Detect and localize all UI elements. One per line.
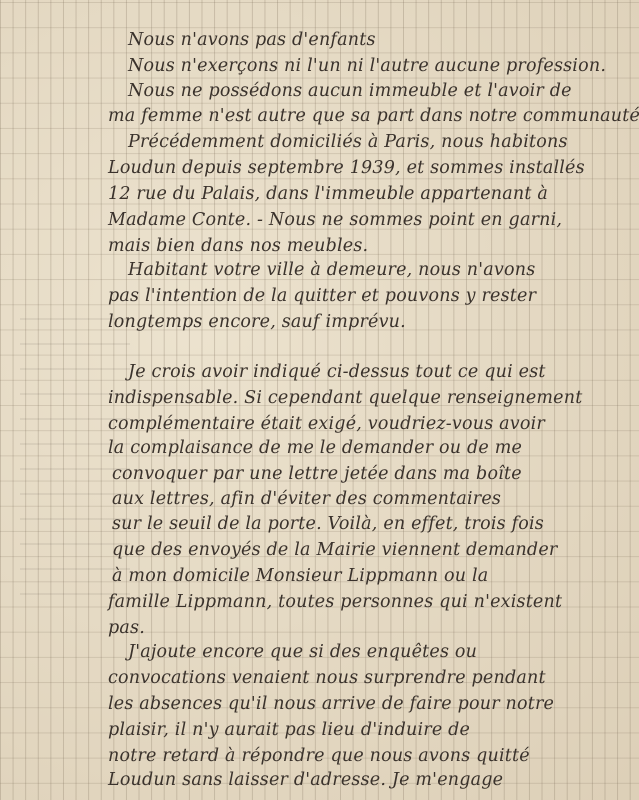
handwritten-line: indispensable. Si cependant quelque rens… <box>108 390 582 408</box>
handwritten-line: Je crois avoir indiqué ci-dessus tout ce… <box>128 364 546 382</box>
handwritten-line: convocations venaient nous surprendre pe… <box>108 670 546 688</box>
handwritten-line: à mon domicile Monsieur Lippmann ou la <box>112 568 488 586</box>
handwritten-line: convoquer par une lettre jetée dans ma b… <box>112 466 522 484</box>
handwritten-line: complémentaire était exigé, voudriez-vou… <box>108 416 545 434</box>
handwritten-line: longtemps encore, sauf imprévu. <box>108 314 406 332</box>
handwritten-line: la complaisance de me le demander ou de … <box>108 440 522 458</box>
handwritten-line: Loudun sans laisser d'adresse. Je m'enga… <box>108 772 503 790</box>
handwritten-line: ma femme n'est autre que sa part dans no… <box>108 108 639 126</box>
handwritten-line: plaisir, il n'y aurait pas lieu d'induir… <box>108 722 470 740</box>
handwritten-line: mais bien dans nos meubles. <box>108 238 368 256</box>
handwritten-line: aux lettres, afin d'éviter des commentai… <box>112 491 501 509</box>
handwritten-line: sur le seuil de la porte. Voilà, en effe… <box>112 516 544 534</box>
handwritten-line: Précédemment domiciliés à Paris, nous ha… <box>128 134 568 152</box>
handwritten-line: famille Lippmann, toutes personnes qui n… <box>108 594 562 612</box>
handwritten-line: Nous n'exerçons ni l'un ni l'autre aucun… <box>128 58 606 76</box>
handwritten-line: les absences qu'il nous arrive de faire … <box>108 696 554 714</box>
handwritten-line: pas l'intention de la quitter et pouvons… <box>108 288 536 306</box>
handwritten-line: Habitant votre ville à demeure, nous n'a… <box>128 262 535 280</box>
handwritten-line: notre retard à répondre que nous avons q… <box>108 748 530 766</box>
handwritten-line: Loudun depuis septembre 1939, et sommes … <box>108 160 585 178</box>
handwritten-line: 12 rue du Palais, dans l'immeuble appart… <box>108 186 548 204</box>
handwritten-line: J'ajoute encore que si des enquêtes ou <box>128 644 477 662</box>
letter-page: Nous n'avons pas d'enfantsNous n'exerçon… <box>0 0 639 800</box>
handwritten-line: Madame Conte. - Nous ne sommes point en … <box>108 212 562 230</box>
handwritten-line: pas. <box>108 620 145 638</box>
handwritten-line: Nous n'avons pas d'enfants <box>128 32 376 50</box>
handwritten-line: Nous ne possédons aucun immeuble et l'av… <box>128 83 572 101</box>
handwritten-line: que des envoyés de la Mairie viennent de… <box>112 542 557 560</box>
